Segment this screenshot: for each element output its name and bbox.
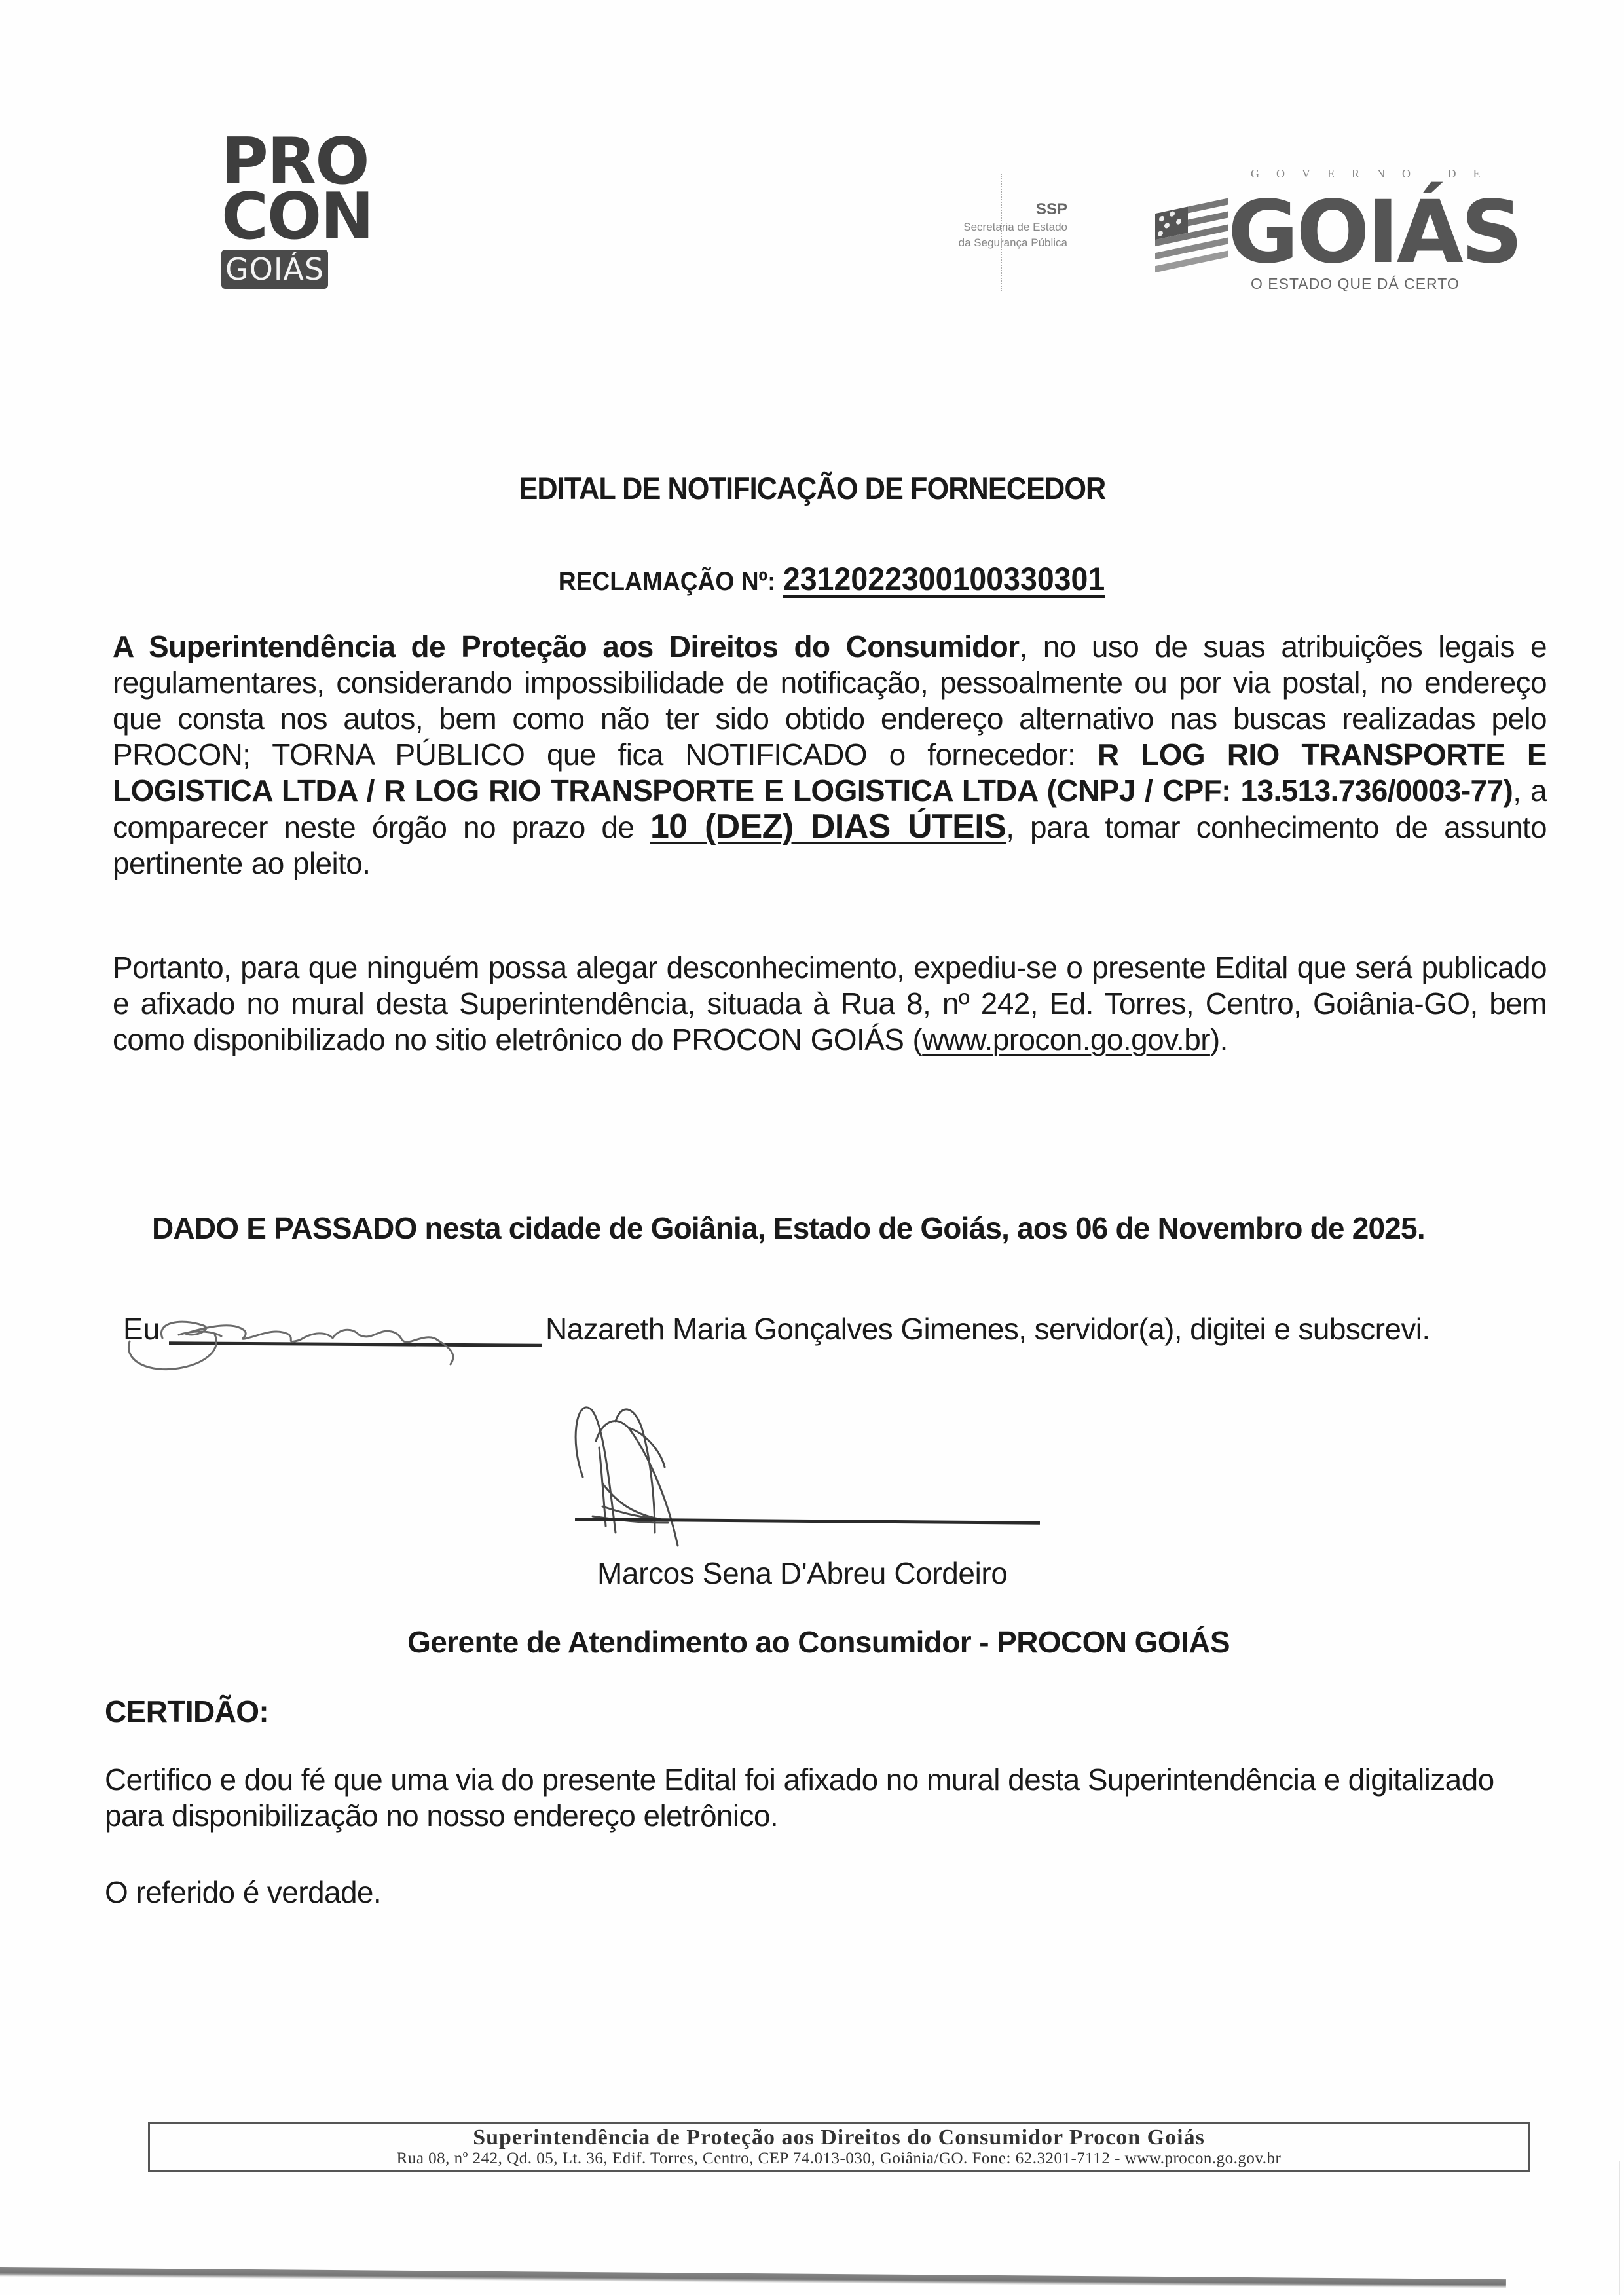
footer-title: Superintendência de Proteção aos Direito… [150,2126,1528,2150]
procon-logo-line2: CON [221,189,378,244]
document-title: EDITAL DE NOTIFICAÇÃO DE FORNECEDOR [65,470,1560,506]
procon-goias-logo: PRO CON GOIÁS [221,134,378,289]
certidao-text: Certifico e dou fé que uma via do presen… [105,1762,1545,1834]
typist-handwritten-signature-icon [123,1302,568,1374]
footer-address: Rua 08, nº 242, Qd. 05, Lt. 36, Edif. To… [150,2149,1528,2169]
ssp-name-line2: da Segurança Pública [897,235,1067,251]
manager-role: Gerente de Atendimento ao Consumidor - P… [0,1624,1624,1660]
goias-wordmark: GOIÁS [1228,180,1521,285]
certidao-heading: CERTIDÃO: [105,1694,268,1729]
paragraph2-text-a: Portanto, para que ninguém possa alegar … [113,950,1547,1056]
goias-flag-icon [1153,195,1231,273]
dated-text: nesta cidade de Goiânia, Estado de Goiás… [417,1211,1425,1245]
certidao-closing: O referido é verdade. [105,1875,381,1910]
scan-right-edge [1619,2161,1620,2295]
ssp-abbreviation: SSP [897,200,1067,219]
notification-paragraph: A Superintendência de Proteção aos Direi… [113,629,1547,882]
publication-paragraph: Portanto, para que ninguém possa alegar … [113,950,1547,1058]
complaint-number-line: RECLAMAÇÃO Nº: 2312022300100330301 [58,560,1568,598]
goias-slogan: O ESTADO QUE DÁ CERTO [1251,275,1460,293]
procon-logo-badge: GOIÁS [221,250,328,289]
paragraph2-text-b: ). [1210,1022,1228,1056]
dated-bold: DADO E PASSADO [152,1211,417,1245]
governo-de-text: GOVERNO DE [1251,167,1513,181]
manager-signature-block [563,1402,1087,1552]
scanned-document-page: PRO CON GOIÁS SSP Secretaria de Estado d… [0,0,1624,2295]
manager-handwritten-signature-icon [563,1402,773,1552]
complaint-number: 2312022300100330301 [783,561,1105,597]
complaint-label: RECLAMAÇÃO Nº: [559,567,776,596]
issuing-authority: A Superintendência de Proteção aos Direi… [113,629,1019,663]
scan-shadow-edge [0,2267,1506,2288]
governo-goias-logo: GOVERNO DE GOIÁS O ESTADO QUE DÁ CERTO [1153,167,1519,298]
dated-line: DADO E PASSADO nesta cidade de Goiânia, … [152,1210,1527,1246]
header-divider [1001,174,1003,291]
ssp-logo: SSP Secretaria de Estado da Segurança Pú… [897,200,1067,251]
typist-signature-line: Eu Nazareth Maria Gonçalves Gimenes, ser… [123,1309,1564,1361]
procon-website-link[interactable]: www.procon.go.gov.br [922,1022,1210,1056]
footer-contact-box: Superintendência de Proteção aos Direito… [148,2122,1530,2172]
ssp-name-line1: Secretaria de Estado [897,219,1067,235]
typist-statement: Nazareth Maria Gonçalves Gimenes, servid… [545,1311,1430,1347]
deadline: 10 (DEZ) DIAS ÚTEIS [650,808,1006,846]
manager-name: Marcos Sena D'Abreu Cordeiro [597,1556,1008,1591]
